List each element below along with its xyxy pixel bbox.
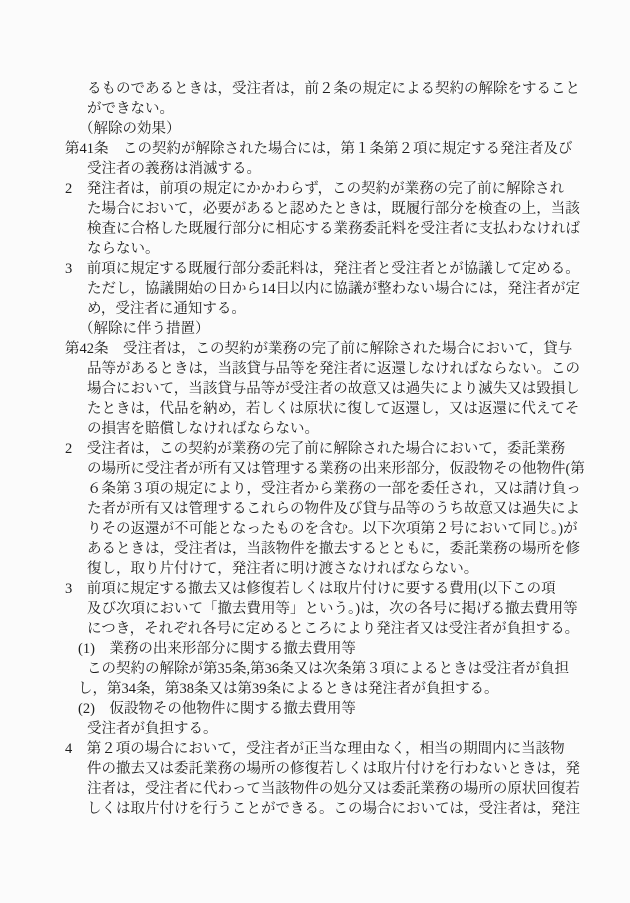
text-line: あるときは，受注者は，当該物件を撤去するとともに，委託業務の場所を修	[65, 539, 625, 559]
text-line: 受注者の義務は消滅する。	[65, 159, 625, 179]
text-line: りその返還が不可能となったものを含む。以下次項第２号において同じ。)が	[65, 519, 625, 539]
text-line: 件の撤去又は委託業務の場所の修復若しくは取片付けを行わないときは，発	[65, 759, 625, 779]
text-line: た場合において，必要があると認めたときは，既履行部分を検査の上，当該	[65, 199, 625, 219]
text-line: (1) 業務の出来形部分に関する撤去費用等	[65, 639, 625, 659]
text-line: しくは取片付けを行うことができる。この場合においては，受注者は，発注	[65, 799, 625, 819]
text-line: ならない。	[65, 239, 625, 259]
text-line: し，第34条，第38条又は第39条によるときは発注者が負担する。	[65, 679, 625, 699]
text-line: め，受注者に通知する。	[65, 299, 625, 319]
text-line: ただし，協議開始の日から14日以内に協議が整わない場合には，発注者が定	[65, 279, 625, 299]
text-line: につき，それぞれ各号に定めるところにより発注者又は受注者が負担する。	[65, 619, 625, 639]
text-line: 検査に合格した既履行部分に相応する業務委託料を受注者に支払わなければ	[65, 219, 625, 239]
text-line: 4 第２項の場合において，受注者が正当な理由なく，相当の期間内に当該物	[65, 739, 625, 759]
text-line: 第42条 受注者は，この契約が業務の完了前に解除された場合において，貸与	[65, 339, 625, 359]
document-page: るものであるときは，受注者は，前２条の規定による契約の解除をすることができない。…	[0, 0, 630, 903]
text-line: たときは，代品を納め，若しくは原状に復して返還し，又は返還に代えてそ	[65, 399, 625, 419]
text-line: 2 受注者は，この契約が業務の完了前に解除された場合において，委託業務	[65, 439, 625, 459]
text-line: 受注者が負担する。	[65, 719, 625, 739]
text-line: この契約の解除が第35条,第36条又は次条第３項によるときは受注者が負担	[65, 659, 625, 679]
text-line: 及び次項において「撤去費用等」という。)は，次の各号に掲げる撤去費用等	[65, 599, 625, 619]
text-line: 3 前項に規定する既履行部分委託料は，発注者と受注者とが協議して定める。	[65, 259, 625, 279]
text-line: るものであるときは，受注者は，前２条の規定による契約の解除をすること	[65, 79, 625, 99]
text-line: 復し，取り片付けて，発注者に明け渡さなければならない。	[65, 559, 625, 579]
text-line: 注者は，受注者に代わって当該物件の処分又は委託業務の場所の原状回復若	[65, 779, 625, 799]
text-line: 場合において，当該貸与品等が受注者の故意又は過失により滅失又は毀損し	[65, 379, 625, 399]
text-line: た者が所有又は管理するこれらの物件及び貸与品等のうち故意又は過失によ	[65, 499, 625, 519]
text-line: (2) 仮設物その他物件に関する撤去費用等	[65, 699, 625, 719]
text-line: 品等があるときは，当該貸与品等を発注者に返還しなければならない。この	[65, 359, 625, 379]
text-line: ６条第３項の規定により，受注者から業務の一部を委任され，又は請け負っ	[65, 479, 625, 499]
text-line: 第41条 この契約が解除された場合には，第１条第２項に規定する発注者及び	[65, 139, 625, 159]
text-line: の損害を賠償しなければならない。	[65, 419, 625, 439]
document-lines: るものであるときは，受注者は，前２条の規定による契約の解除をすることができない。…	[65, 79, 625, 819]
text-line: ができない。	[65, 99, 625, 119]
text-line: の場所に受注者が所有又は管理する業務の出来形部分，仮設物その他物件(第	[65, 459, 625, 479]
text-line: 2 発注者は，前項の規定にかかわらず，この契約が業務の完了前に解除され	[65, 179, 625, 199]
text-line: （解除に伴う措置）	[65, 319, 625, 339]
text-line: 3 前項に規定する撤去又は修復若しくは取片付けに要する費用(以下この項	[65, 579, 625, 599]
text-line: （解除の効果）	[65, 119, 625, 139]
